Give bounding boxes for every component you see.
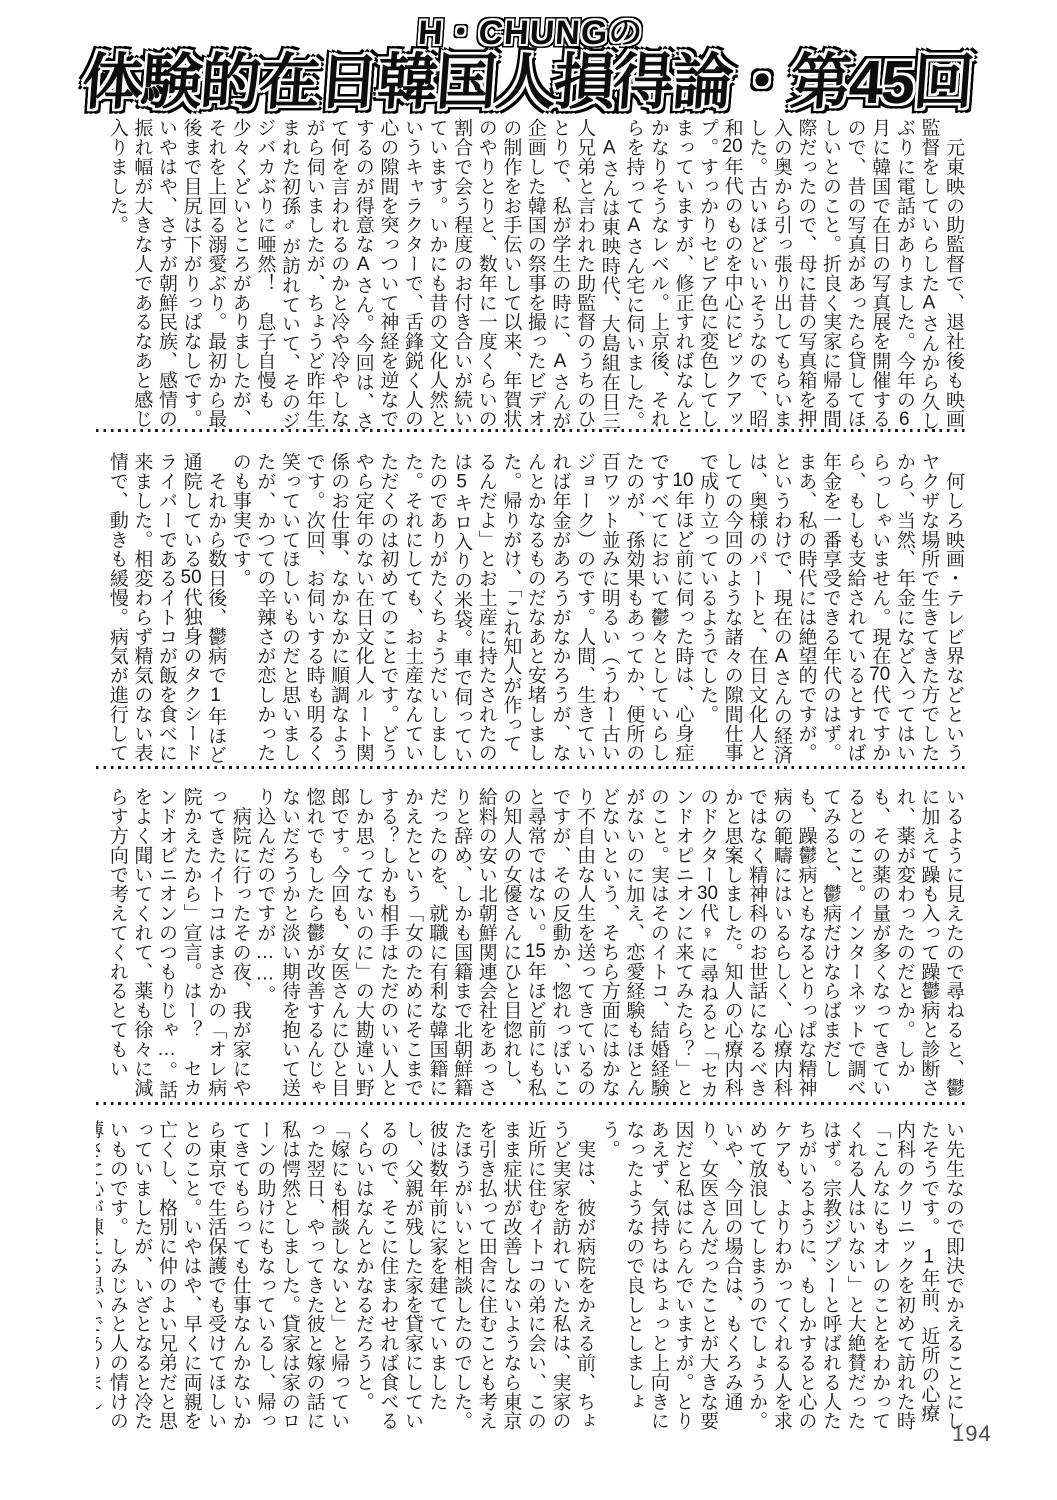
article-main-title: 体験的在日韓国人損得論・第45回	[0, 52, 1057, 113]
text-band-1: 元東映の助監督で、退社後も映画監督をしていらしたAさんから久しぶりに電話がありま…	[96, 118, 965, 432]
paragraph: 10年ほど前に伺った時は、心身症ですべてにおいて鬱々としていらしたのが、孫効果も…	[227, 452, 694, 766]
page-number: 194	[952, 1421, 992, 1447]
paragraph: 元東映の助監督で、退社後も映画監督をしていらしたAさんから久しぶりに電話がありま…	[621, 118, 965, 432]
article-title-block: H・CHUNGの 体験的在日韓国人損得論・第45回	[0, 16, 1057, 113]
dotted-separator	[96, 766, 965, 769]
magazine-page: H・CHUNGの 体験的在日韓国人損得論・第45回 元東映の助監督で、退社後も映…	[0, 0, 1057, 1500]
text-band-2: 何しろ映画・テレビ界などというヤクザな場所で生きてきた方でしたから、当然、年金に…	[96, 452, 965, 766]
text-band-4: い先生なので即決でかえることにしたそうです。 1年前、近所の心療内科のクリニック…	[96, 1120, 965, 1434]
paragraph: それから数日後、鬱病で1年ほど通院している50代独身のタクシードライバーであるイ…	[104, 452, 227, 766]
dotted-separator	[96, 429, 965, 432]
article-pretitle: H・CHUNGの	[1, 16, 1057, 50]
paragraph: 病院に行ったその夜、我が家にやってきたイトコはまさかの「オレ病院かえたから」宣言…	[104, 787, 252, 1101]
dotted-separator	[96, 1102, 965, 1105]
paragraph: いるように見えたので尋ねると、鬱に加えて躁も入って躁鬱病と診断され、薬が変わった…	[252, 787, 965, 1101]
paragraph: Aさんは東映時代、大島組在日三人兄弟と言われた助監督のうちのひとりで、私が学生の…	[104, 118, 620, 432]
paragraph: 実は、彼が病院をかえる前、ちょうど実家を訪れていた私は、実家の近所に住むイトコの…	[96, 1120, 596, 1434]
paragraph: 何しろ映画・テレビ界などというヤクザな場所で生きてきた方でしたから、当然、年金に…	[694, 452, 965, 766]
paragraph: い先生なので即決でかえることにしたそうです。 1年前、近所の心療内科のクリニック…	[596, 1120, 965, 1434]
text-band-3: いるように見えたので尋ねると、鬱に加えて躁も入って躁鬱病と診断され、薬が変わった…	[96, 787, 965, 1101]
